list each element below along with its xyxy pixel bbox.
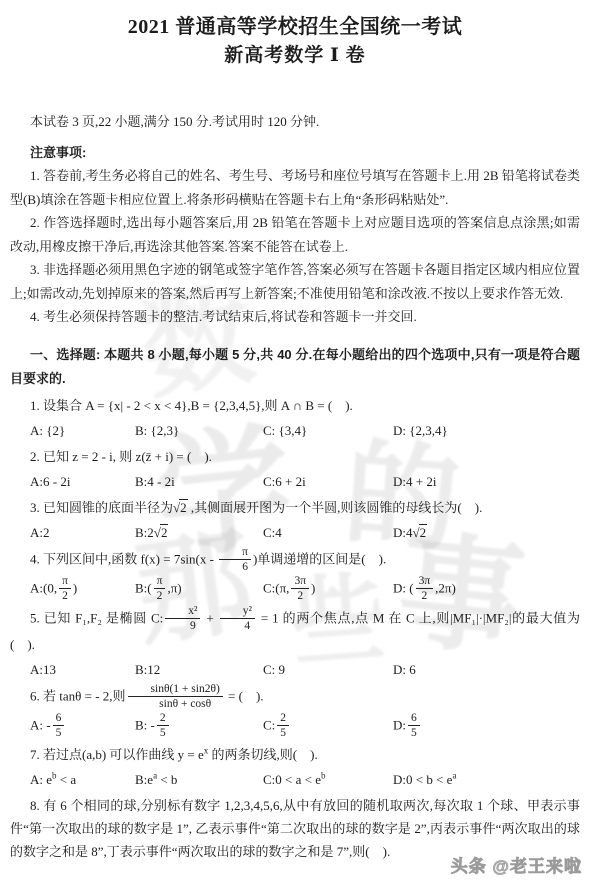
option: C:4	[263, 521, 393, 544]
exam-intro: 本试卷 3 页,22 小题,满分 150 分.考试用时 120 分钟.	[10, 110, 580, 133]
option: A: eb < a	[30, 768, 135, 791]
fraction-denominator: 9	[170, 619, 196, 632]
fraction: 25	[157, 712, 169, 739]
fraction-numerator: 2	[157, 712, 169, 726]
option: B:ea < b	[135, 768, 263, 791]
superscript: b	[321, 771, 326, 781]
fraction-denominator: 2	[62, 589, 68, 602]
fraction-numerator: 6	[53, 712, 65, 726]
fraction-denominator: 5	[411, 726, 417, 739]
question-stem: 1. 设集合 A = {x| - 2 < x < 4},B = {2,3,4,5…	[10, 394, 580, 417]
notice-list: 1. 答卷前,考生务必将自己的姓名、考生号、考场号和座位号填写在答题卡上.用 2…	[10, 164, 580, 329]
option: C: {3,4}	[263, 419, 393, 442]
options-row: A: eb < aB:ea < bC:0 < a < ebD:0 < b < e…	[10, 768, 580, 791]
fraction: 25	[277, 712, 289, 739]
notice-item: 4. 考生必须保持答题卡的整洁.考试结束后,将试卷和答题卡一并交回.	[10, 305, 580, 329]
question-stem: 2. 已知 z = 2 - i, 则 z(z̄ + i) = ( ).	[10, 445, 580, 468]
question: 1. 设集合 A = {x| - 2 < x < 4},B = {2,3,4,5…	[10, 394, 580, 442]
exam-page: 2021 普通高等学校招生全国统一考试 新高考数学 Ⅰ 卷 本试卷 3 页,22…	[0, 0, 592, 863]
notice-item: 1. 答卷前,考生务必将自己的姓名、考生号、考场号和座位号填写在答题卡上.用 2…	[10, 164, 580, 211]
section-heading: 一、选择题: 本题共 8 小题,每小题 5 分,共 40 分.在每小题给出的四个…	[10, 343, 580, 391]
fraction-numerator: 3π	[416, 575, 434, 589]
fraction: π2	[154, 575, 166, 602]
options-row: A: -65B: -25C:25D:65	[10, 713, 580, 740]
option: A: {2}	[30, 419, 135, 442]
options-row: A:(0,π2)B:(π2,π)C:(π,3π2)D: (3π2,2π)	[10, 576, 580, 603]
fraction: π2	[59, 575, 71, 602]
watermark-credit: 头条 @老王来啦	[451, 852, 582, 877]
question: 7. 若过点(a,b) 可以作曲线 y = ex 的两条切线,则( ).A: e…	[10, 743, 580, 791]
option: D: {2,3,4}	[393, 419, 580, 442]
fraction: sinθ(1 + sin2θ)sinθ + cosθ	[128, 683, 223, 710]
fraction-denominator: 5	[56, 726, 62, 739]
option: B: -25	[135, 713, 263, 740]
option: A:(0,π2)	[30, 576, 135, 603]
option: D:4√2	[393, 521, 580, 544]
question: 3. 已知圆锥的底面半径为√2 ,其侧面展开图为一个半圆,则该圆锥的母线长为( …	[10, 496, 580, 544]
fraction-denominator: 2	[422, 589, 428, 602]
option: D: 6	[393, 658, 580, 681]
fraction-numerator: 3π	[291, 575, 309, 589]
option: C: 9	[263, 658, 393, 681]
fraction-denominator: sinθ + cosθ	[139, 697, 211, 710]
fraction-denominator: 2	[157, 589, 163, 602]
option: B: {2,3}	[135, 419, 263, 442]
fraction: y²4	[220, 605, 255, 632]
question: 6. 若 tanθ = - 2,则sinθ(1 + sin2θ)sinθ + c…	[10, 684, 580, 740]
fraction-numerator: π	[154, 575, 166, 589]
option: D:65	[393, 713, 580, 740]
fraction-denominator: 2	[297, 589, 303, 602]
option: D: (3π2,2π)	[393, 576, 580, 603]
options-row: A:6 - 2iB:4 - 2iC:6 + 2iD:4 + 2i	[10, 470, 580, 493]
option: B:2√2	[135, 521, 263, 544]
fraction-numerator: x²	[165, 605, 200, 619]
radicand: 2	[160, 524, 169, 540]
option: B:(π2,π)	[135, 576, 263, 603]
notice-heading: 注意事项:	[10, 141, 580, 164]
fraction-denominator: 6	[222, 560, 248, 573]
question: 5. 已知 F₁,F₂ 是椭圆 C:x²9 + y²4 = 1 的两个焦点,点 …	[10, 606, 580, 681]
notice-item: 2. 作答选择题时,选出每小题答案后,用 2B 铅笔在答题卡上对应题目选项的答案…	[10, 211, 580, 258]
notice-item: 3. 非选择题必须用黑色字迹的钢笔或签字笔作答,答案必须写在答题卡各题目指定区域…	[10, 258, 580, 305]
question-stem: 6. 若 tanθ = - 2,则sinθ(1 + sin2θ)sinθ + c…	[10, 684, 580, 711]
option: C:(π,3π2)	[263, 576, 393, 603]
fraction: 65	[53, 712, 65, 739]
option: B:12	[135, 658, 263, 681]
option: A:6 - 2i	[30, 470, 135, 493]
options-row: A: {2}B: {2,3}C: {3,4}D: {2,3,4}	[10, 419, 580, 442]
fraction: 3π2	[416, 575, 434, 602]
square-root: √2	[413, 525, 428, 540]
option: C:6 + 2i	[263, 470, 393, 493]
fraction-denominator: 4	[224, 619, 250, 632]
question-stem: 7. 若过点(a,b) 可以作曲线 y = ex 的两条切线,则( ).	[10, 743, 580, 766]
square-root: √2	[154, 525, 169, 540]
fraction-denominator: 5	[280, 726, 286, 739]
fraction-numerator: π	[59, 575, 71, 589]
option: C:25	[263, 713, 393, 740]
option: C:0 < a < eb	[263, 768, 393, 791]
option: A:2	[30, 521, 135, 544]
fraction-numerator: y²	[220, 605, 255, 619]
option: D:4 + 2i	[393, 470, 580, 493]
question-stem: 3. 已知圆锥的底面半径为√2 ,其侧面展开图为一个半圆,则该圆锥的母线长为( …	[10, 496, 580, 519]
exam-title-line2: 新高考数学 Ⅰ 卷	[10, 44, 580, 68]
exam-title-line1: 2021 普通高等学校招生全国统一考试	[10, 14, 580, 40]
option: A: -65	[30, 713, 135, 740]
question: 2. 已知 z = 2 - i, 则 z(z̄ + i) = ( ).A:6 -…	[10, 445, 580, 493]
option: B:4 - 2i	[135, 470, 263, 493]
fraction: x²9	[165, 605, 200, 632]
square-root: √2	[173, 500, 188, 515]
fraction-numerator: π	[219, 546, 251, 560]
options-row: A:2B:2√2C:4D:4√2	[10, 521, 580, 544]
superscript: a	[452, 771, 456, 781]
fraction: π6	[219, 546, 251, 573]
question: 4. 下列区间中,函数 f(x) = 7sin(x - π6)单调递增的区间是(…	[10, 547, 580, 603]
radicand: 2	[179, 499, 188, 515]
superscript: a	[153, 771, 157, 781]
fraction-numerator: sinθ(1 + sin2θ)	[128, 683, 223, 697]
radicand: 2	[419, 524, 428, 540]
question-stem: 4. 下列区间中,函数 f(x) = 7sin(x - π6)单调递增的区间是(…	[10, 547, 580, 574]
question-stem: 5. 已知 F₁,F₂ 是椭圆 C:x²9 + y²4 = 1 的两个焦点,点 …	[10, 606, 580, 656]
fraction-denominator: 5	[160, 726, 166, 739]
option: A:13	[30, 658, 135, 681]
superscript: x	[204, 746, 209, 756]
fraction: 65	[408, 712, 420, 739]
fraction-numerator: 2	[277, 712, 289, 726]
options-row: A:13B:12C: 9D: 6	[10, 658, 580, 681]
fraction-numerator: 6	[408, 712, 420, 726]
questions: 1. 设集合 A = {x| - 2 < x < 4},B = {2,3,4,5…	[10, 394, 580, 864]
option: D:0 < b < ea	[393, 768, 580, 791]
fraction: 3π2	[291, 575, 309, 602]
superscript: b	[52, 771, 57, 781]
